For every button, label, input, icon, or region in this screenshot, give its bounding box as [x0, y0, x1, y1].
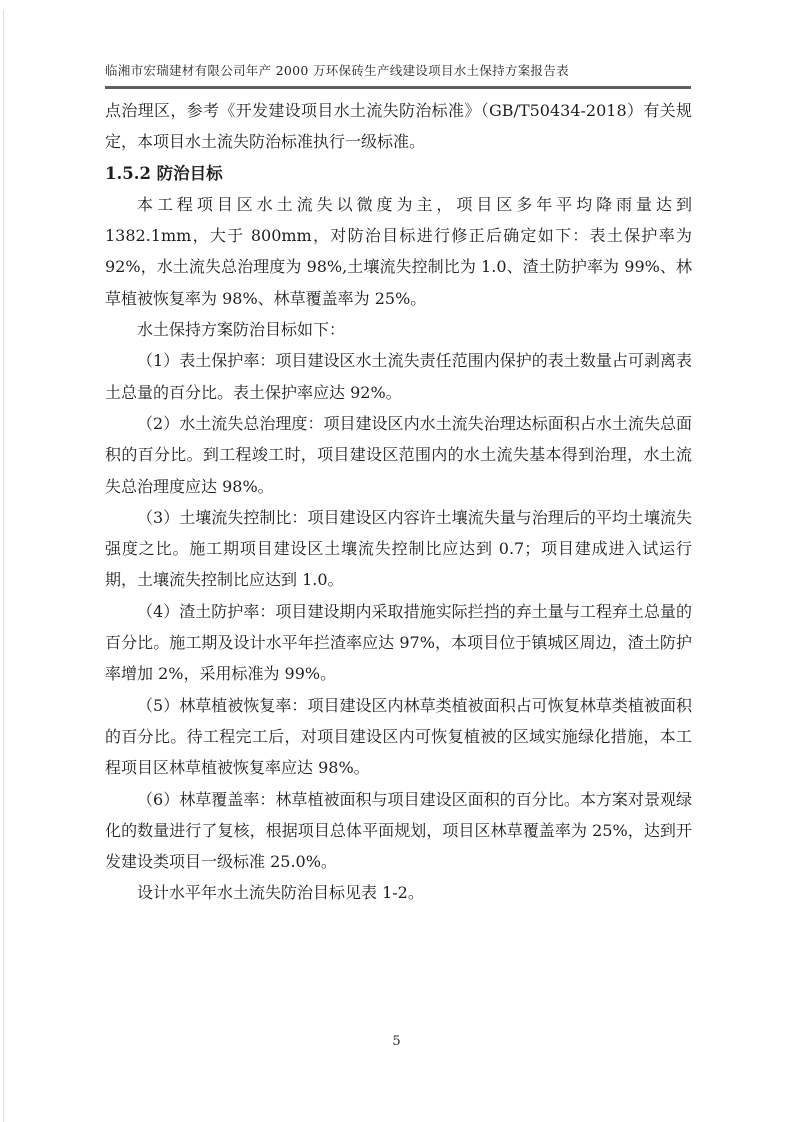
page-header: 临湘市宏瑞建材有限公司年产 2000 万环保砖生产线建设项目水土保持方案报告表 — [105, 63, 691, 89]
header-title: 临湘市宏瑞建材有限公司年产 2000 万环保砖生产线建设项目水土保持方案报告表 — [105, 63, 691, 79]
document-body: 点治理区，参考《开发建设项目水土流失防治标准》（GB/T50434-2018）有… — [105, 95, 692, 909]
body-paragraph-item-5: （5）林草植被恢复率：项目建设区内林草类植被面积占可恢复林草类植被面积的百分比。… — [105, 690, 692, 784]
continuation-paragraph: 点治理区，参考《开发建设项目水土流失防治标准》（GB/T50434-2018）有… — [105, 95, 692, 158]
body-paragraph-item-2: （2）水土流失总治理度：项目建设区内水土流失治理达标面积占水土流失总面积的百分比… — [105, 408, 692, 502]
page-number: 5 — [392, 1034, 400, 1049]
body-paragraph-item-3: （3）土壤流失控制比：项目建设区内容许土壤流失量与治理后的平均土壤流失强度之比。… — [105, 502, 692, 596]
section-heading: 1.5.2 防治目标 — [105, 158, 692, 189]
document-page: 临湘市宏瑞建材有限公司年产 2000 万环保砖生产线建设项目水土保持方案报告表 … — [0, 0, 793, 1122]
body-paragraph-item-6: （6）林草覆盖率：林草植被面积与项目建设区面积的百分比。本方案对景观绿化的数量进… — [105, 784, 692, 878]
page-footer: 5 — [0, 1030, 793, 1049]
body-paragraph-item-4: （4）渣土防护率：项目建设期内采取措施实际拦挡的弃土量与工程弃土总量的百分比。施… — [105, 596, 692, 690]
scan-edge-line — [3, 10, 4, 1122]
body-paragraph-item-1: （1）表土保护率：项目建设区水土流失责任范围内保护的表土数量占可剥离表土总量的百… — [105, 345, 692, 408]
body-paragraph-goals-lead: 水土保持方案防治目标如下： — [105, 314, 692, 345]
body-paragraph-table-ref: 设计水平年水土流失防治目标见表 1-2。 — [105, 877, 692, 908]
body-paragraph-intro: 本工程项目区水土流失以微度为主，项目区多年平均降雨量达到 1382.1mm，大于… — [105, 189, 692, 314]
